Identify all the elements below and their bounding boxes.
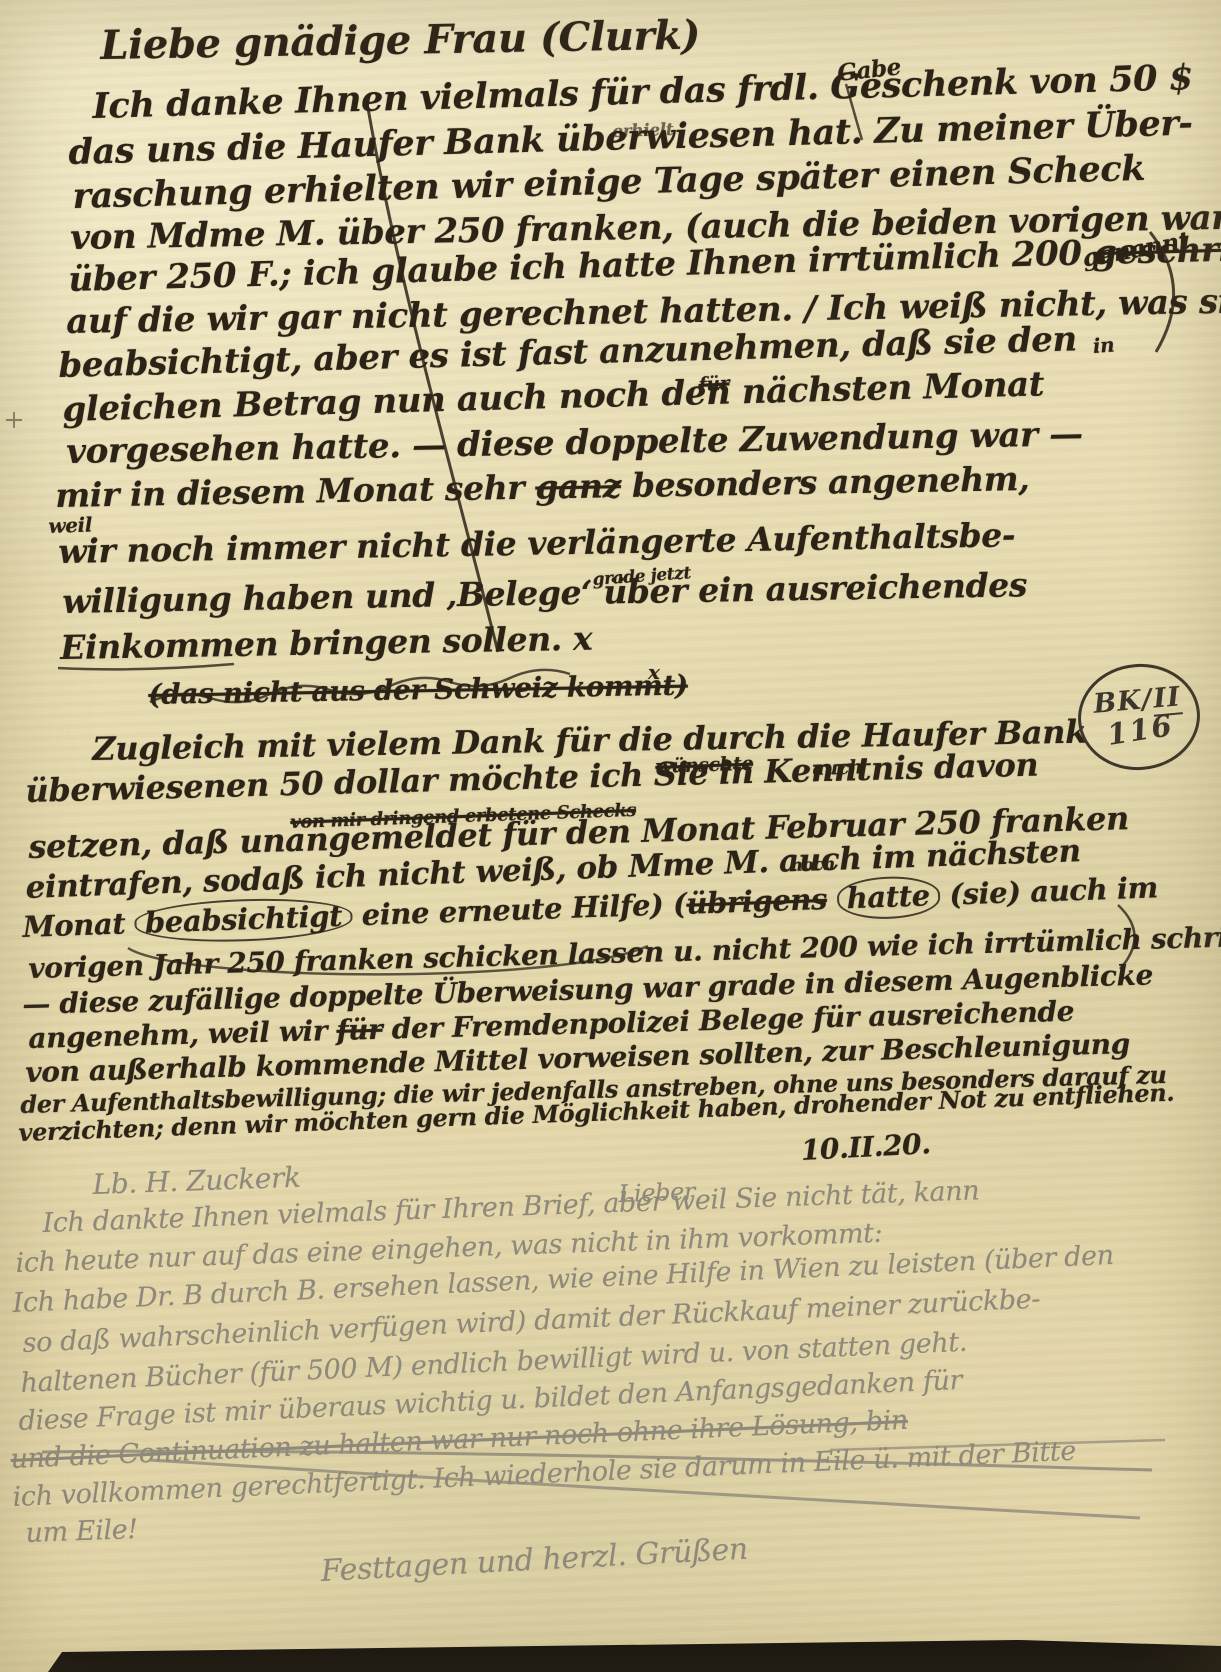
manuscript-page: Liebe gnädige Frau (Clurk)GabeIch danke … xyxy=(0,0,1221,1672)
page-vignette xyxy=(0,0,1221,1672)
